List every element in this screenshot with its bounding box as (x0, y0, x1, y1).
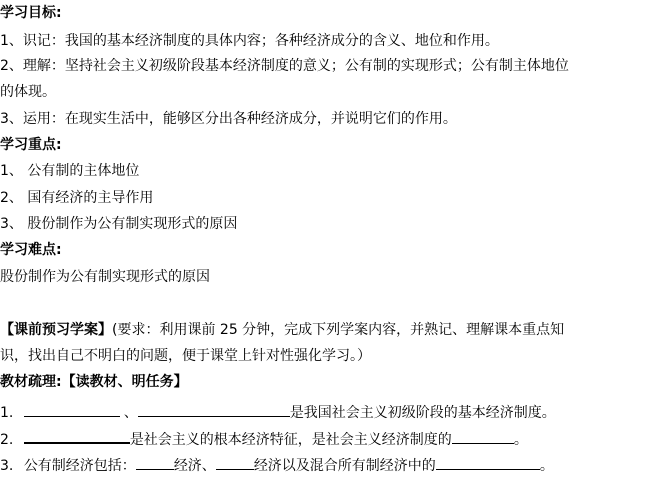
key-point-3: 3、 股份制作为公有制实现形式的原因 (0, 215, 237, 233)
objective-item-1: 1、识记：我国的基本经济制度的具体内容；各种经济成分的含义、地位和作用。 (0, 32, 499, 50)
difficulties-heading: 学习难点: (0, 241, 62, 259)
preview-line-1: 【课前预习学案】(要求：利用课前 25 分钟，完成下列学案内容，并熟记、理解课本… (0, 321, 564, 339)
question-1: 1. 、是我国社会主义初级阶段的基本经济制度。 (0, 402, 556, 420)
key-points-heading: 学习重点: (0, 136, 62, 154)
answer-blank-3c[interactable] (436, 455, 540, 470)
question-3: 3. 公有制经济包括：经济、经济以及混合所有制经济中的。 (0, 455, 554, 473)
answer-blank-2a[interactable] (24, 428, 130, 444)
answer-blank-3a[interactable] (136, 455, 174, 470)
objective-item-2: 2、理解：坚持社会主义初级阶段基本经济制度的意义；公有制的实现形式；公有制主体地… (0, 57, 569, 75)
key-point-2: 2、 国有经济的主导作用 (0, 189, 153, 207)
question-2: 2. 是社会主义的根本经济特征，是社会主义经济制度的。 (0, 428, 528, 446)
answer-blank-3b[interactable] (216, 455, 254, 470)
answer-blank-2b[interactable] (452, 429, 514, 444)
key-point-1: 1、 公有制的主体地位 (0, 162, 139, 180)
preview-title: 【课前预习学案】 (0, 322, 112, 338)
answer-blank-1a[interactable] (24, 402, 120, 417)
textbook-heading: 教材疏理:【读教材、明任务】 (0, 373, 188, 391)
objective-item-3: 3、运用：在现实生活中，能够区分出各种经济成分，并说明它们的作用。 (0, 110, 457, 128)
objectives-heading: 学习目标: (0, 4, 62, 22)
difficulty-1: 股份制作为公有制实现形式的原因 (0, 268, 210, 286)
preview-requirement-2: 识，找出自己不明白的问题，便于课堂上针对性强化学习。） (0, 347, 371, 365)
answer-blank-1b[interactable] (138, 402, 290, 417)
objective-item-2-cont: 的体现。 (0, 83, 56, 101)
preview-requirement-1: (要求：利用课前 25 分钟，完成下列学案内容，并熟记、理解课本重点知 (112, 322, 564, 338)
